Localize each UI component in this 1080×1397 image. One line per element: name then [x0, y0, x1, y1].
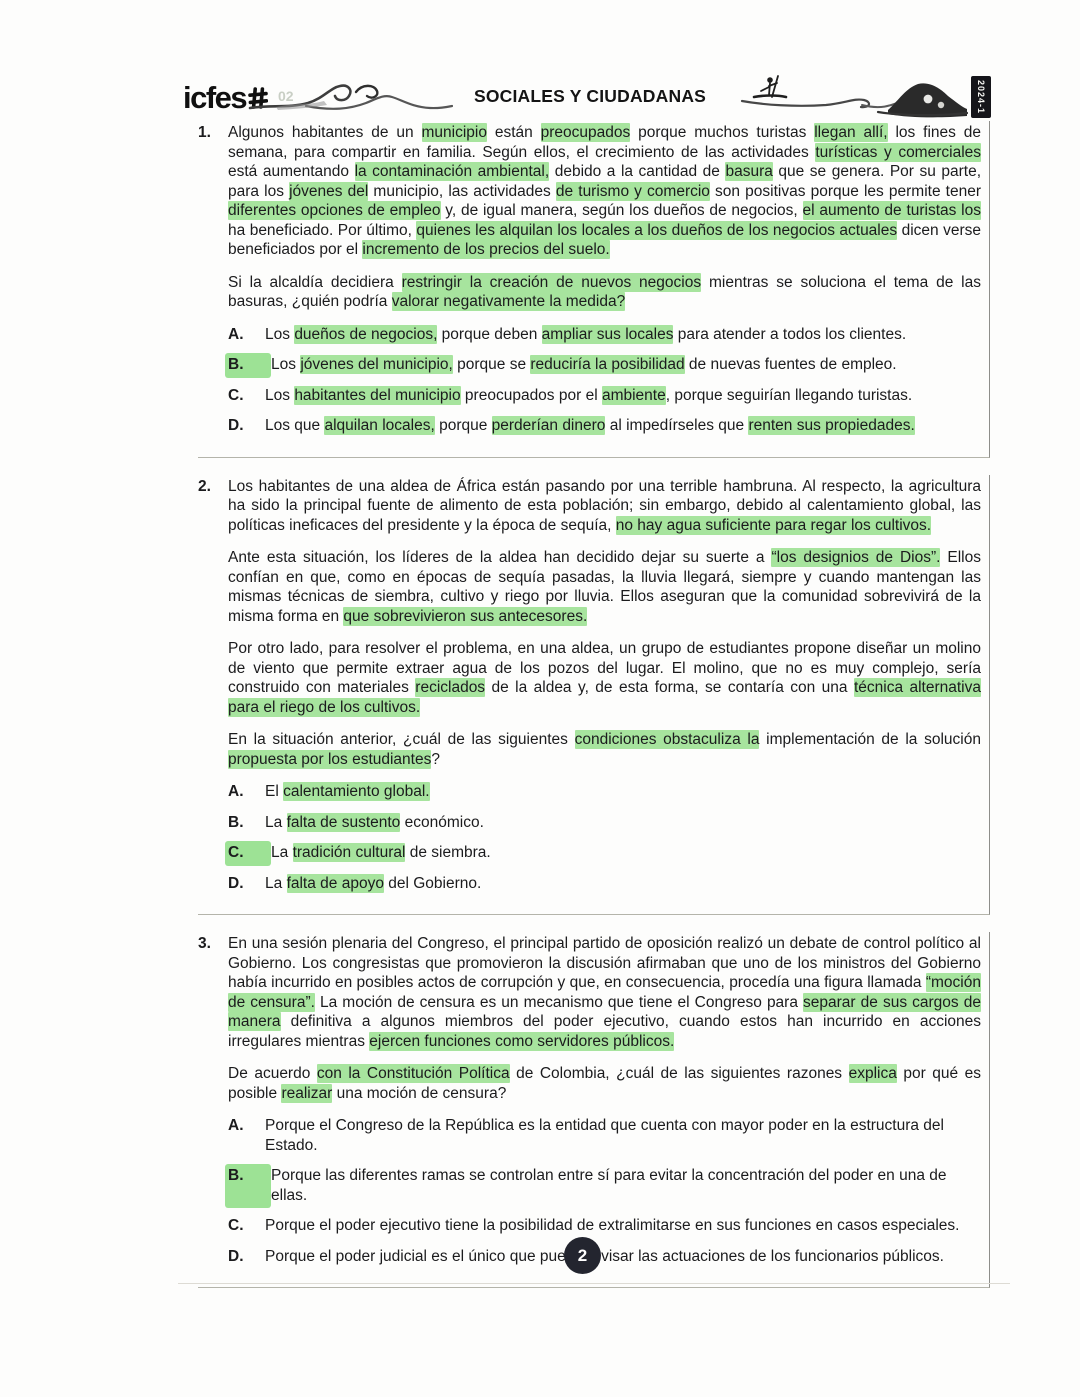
text-segment: municipio, las actividades — [368, 183, 556, 200]
highlighted-text: quienes les alquilan los locales a los d… — [416, 221, 897, 240]
highlighted-text: diferentes opciones de empleo — [228, 201, 441, 220]
option-text: Porque el poder judicial es el único que… — [265, 1247, 981, 1267]
highlighted-text: alquilan locales, — [324, 416, 434, 435]
highlighted-text: municipio — [422, 123, 487, 142]
page-number-badge: 2 — [564, 1237, 601, 1274]
highlighted-text: calentamiento global. — [283, 782, 430, 801]
highlighted-text: la contaminación ambiental, — [355, 162, 550, 181]
text-segment: porque muchos turistas — [630, 124, 814, 141]
text-segment: Ante esta situación, los líderes de la a… — [228, 549, 771, 566]
text-segment: del Gobierno. — [384, 875, 481, 892]
option-letter: A. — [228, 1116, 265, 1155]
highlighted-text: explica — [849, 1064, 897, 1083]
highlighted-text: incremento de los precios del suelo. — [362, 240, 609, 259]
option-text: La tradición cultural de siembra. — [271, 843, 981, 863]
answer-option: A.Porque el Congreso de la República es … — [228, 1116, 981, 1155]
text-segment: Porque las diferentes ramas se controlan… — [271, 1167, 947, 1204]
highlighted-text: ejercen funciones como servidores públic… — [369, 1032, 674, 1051]
option-text: El calentamiento global. — [265, 782, 981, 802]
text-segment: una moción de censura? — [332, 1085, 506, 1102]
question-block: 3.En una sesión plenaria del Congreso, e… — [198, 932, 990, 1288]
highlighted-text: renten sus propiedades. — [748, 416, 914, 435]
highlighted-text: falta de apoyo — [287, 874, 384, 893]
option-text: Los habitantes del municipio preocupados… — [265, 386, 981, 406]
answer-option: D.Los que alquilan locales, porque perde… — [228, 416, 981, 436]
text-segment: ? — [431, 751, 440, 768]
option-letter: D. — [228, 1247, 265, 1267]
highlighted-text: el aumento de turistas los — [803, 201, 982, 220]
options-list: A.Porque el Congreso de la República es … — [228, 1116, 981, 1266]
question-paragraph: Si la alcaldía decidiera restringir la c… — [228, 273, 981, 312]
highlighted-text: jóvenes del — [289, 182, 368, 201]
highlighted-text: habitantes del municipio — [294, 386, 460, 405]
answer-option: B.La falta de sustento económico. — [228, 813, 981, 833]
highlighted-text: basura — [725, 162, 772, 181]
highlighted-text: reciclados — [415, 678, 485, 697]
answer-option: C.La tradición cultural de siembra. — [228, 843, 981, 863]
question-number: 2. — [198, 477, 228, 905]
answer-option: A.El calentamiento global. — [228, 782, 981, 802]
question-paragraph: Por otro lado, para resolver el problema… — [228, 639, 981, 717]
bottom-rule — [178, 1283, 1010, 1284]
option-letter: D. — [228, 874, 265, 894]
highlighted-text: valorar negativamente la medida? — [392, 292, 626, 311]
text-segment: porque se — [453, 356, 531, 373]
highlighted-text: restringir la creación de nuevos negocio… — [402, 273, 702, 292]
text-segment: son positivas porque les permite tener — [710, 183, 981, 200]
highlighted-text: jóvenes del municipio, — [300, 355, 453, 374]
icfes-logo-text: icfes — [183, 80, 246, 116]
option-text: Porque el poder ejecutivo tiene la posib… — [265, 1216, 981, 1236]
text-segment: de Colombia, ¿cuál de las siguientes raz… — [510, 1065, 849, 1082]
option-text: Los dueños de negocios, porque deben amp… — [265, 325, 981, 345]
highlighted-text: que sobrevivieron sus antecesores. — [343, 607, 587, 626]
question-block: 2.Los habitantes de una aldea de África … — [198, 475, 990, 916]
side-tab-year: 2024-1 — [971, 76, 991, 118]
question-block: 1.Algunos habitantes de un municipio est… — [198, 121, 990, 458]
highlighted-text: dueños de negocios, — [294, 325, 437, 344]
answer-option: C.Los habitantes del municipio preocupad… — [228, 386, 981, 406]
text-segment: El — [265, 783, 283, 800]
text-segment: al impedírseles que — [605, 417, 748, 434]
option-text: Los que alquilan locales, porque perderí… — [265, 416, 981, 436]
highlighted-text: condiciones obstaculiza la — [575, 730, 760, 749]
question-number: 3. — [198, 934, 228, 1277]
option-text: La falta de apoyo del Gobierno. — [265, 874, 981, 894]
highlighted-text: ampliar sus locales — [542, 325, 674, 344]
text-segment: Los que — [265, 417, 324, 434]
option-text: Los jóvenes del municipio, porque se red… — [271, 355, 981, 375]
landscape-sketch — [740, 74, 968, 127]
text-segment: Los — [265, 387, 294, 404]
answer-option: B.Los jóvenes del municipio, porque se r… — [228, 355, 981, 375]
highlighted-text: con la Constitución Política — [317, 1064, 510, 1083]
highlighted-text: llegan allí, — [814, 123, 887, 142]
text-segment: porque — [435, 417, 492, 434]
text-segment: Si la alcaldía decidiera — [228, 274, 402, 291]
question-paragraph: Algunos habitantes de un municipio están… — [228, 123, 981, 260]
option-letter: B. — [228, 813, 265, 833]
text-segment: para atender a todos los clientes. — [673, 326, 906, 343]
highlighted-text: reduciría la posibilidad — [530, 355, 684, 374]
text-segment: La — [265, 814, 287, 831]
text-segment: están — [487, 124, 541, 141]
highlighted-text: falta de sustento — [287, 813, 401, 832]
text-segment: debido a la cantidad de — [549, 163, 725, 180]
text-segment: está aumentando — [228, 163, 355, 180]
option-letter: B. — [225, 1164, 271, 1208]
highlighted-text: “los designios de Dios”. — [771, 548, 940, 567]
option-text: Porque las diferentes ramas se controlan… — [271, 1166, 981, 1205]
option-letter: B. — [225, 353, 271, 378]
page-title: SOCIALES Y CIUDADANAS — [420, 86, 760, 107]
questions: 1.Algunos habitantes de un municipio est… — [198, 121, 990, 1305]
text-segment: En la situación anterior, ¿cuál de las s… — [228, 731, 575, 748]
text-segment: La — [271, 844, 293, 861]
question-paragraph: En una sesión plenaria del Congreso, el … — [228, 934, 981, 1051]
option-letter: D. — [228, 416, 265, 436]
highlighted-text: no hay agua suficiente para regar los cu… — [616, 516, 931, 535]
answer-option: B.Porque las diferentes ramas se control… — [228, 1166, 981, 1205]
question-body: En una sesión plenaria del Congreso, el … — [228, 934, 981, 1277]
question-paragraph: Ante esta situación, los líderes de la a… — [228, 548, 981, 626]
text-segment: La moción de censura es un mecanismo que… — [315, 994, 803, 1011]
options-list: A.Los dueños de negocios, porque deben a… — [228, 325, 981, 436]
highlighted-text: preocupados — [541, 123, 631, 142]
highlighted-text: realizar — [281, 1084, 332, 1103]
highlighted-text: propuesta por los estudiantes — [228, 750, 431, 769]
highlighted-text: de turismo y comercio — [556, 182, 710, 201]
text-segment: Algunos habitantes de un — [228, 124, 422, 141]
question-paragraph: De acuerdo con la Constitución Política … — [228, 1064, 981, 1103]
highlighted-text: perderían dinero — [492, 416, 606, 435]
option-letter: C. — [228, 1216, 265, 1236]
option-letter: A. — [228, 325, 265, 345]
text-segment: porque deben — [437, 326, 541, 343]
option-letter: C. — [228, 386, 265, 406]
text-segment: Porque el Congreso de la República es la… — [265, 1117, 944, 1154]
text-segment: y, de igual manera, según los dueños de … — [441, 202, 803, 219]
text-segment: preocupados por el — [461, 387, 602, 404]
text-segment: de nuevas fuentes de empleo. — [685, 356, 897, 373]
option-text: Porque el Congreso de la República es la… — [265, 1116, 981, 1155]
question-number: 1. — [198, 123, 228, 447]
text-segment: Los — [271, 356, 300, 373]
text-segment: de la aldea y, de esta forma, se contarí… — [485, 679, 854, 696]
option-letter: C. — [225, 841, 271, 866]
highlighted-text: ambiente — [602, 386, 666, 405]
text-segment: ha beneficiado. Por último, — [228, 222, 416, 239]
options-list: A.El calentamiento global.B.La falta de … — [228, 782, 981, 893]
answer-option: C.Porque el poder ejecutivo tiene la pos… — [228, 1216, 981, 1236]
answer-option: D.Porque el poder judicial es el único q… — [228, 1247, 981, 1267]
text-segment: Porque el poder judicial es el único que… — [265, 1248, 944, 1265]
question-body: Los habitantes de una aldea de África es… — [228, 477, 981, 905]
text-segment: de siembra. — [405, 844, 490, 861]
text-segment: Los — [265, 326, 294, 343]
text-segment: económico. — [400, 814, 484, 831]
text-segment: , porque seguirían llegando turistas. — [666, 387, 912, 404]
question-paragraph: En la situación anterior, ¿cuál de las s… — [228, 730, 981, 769]
highlighted-text: tradición cultural — [293, 843, 406, 862]
text-segment: La — [265, 875, 287, 892]
option-text: La falta de sustento económico. — [265, 813, 981, 833]
question-body: Algunos habitantes de un municipio están… — [228, 123, 981, 447]
highlighted-text: turísticas y comerciales — [815, 143, 981, 162]
question-paragraph: Los habitantes de una aldea de África es… — [228, 477, 981, 536]
text-segment: De acuerdo — [228, 1065, 317, 1082]
text-segment: implementación de la solución — [759, 731, 981, 748]
option-letter: A. — [228, 782, 265, 802]
answer-option: D.La falta de apoyo del Gobierno. — [228, 874, 981, 894]
text-segment: Porque el poder ejecutivo tiene la posib… — [265, 1217, 959, 1234]
answer-option: A.Los dueños de negocios, porque deben a… — [228, 325, 981, 345]
text-segment: En una sesión plenaria del Congreso, el … — [228, 935, 981, 991]
